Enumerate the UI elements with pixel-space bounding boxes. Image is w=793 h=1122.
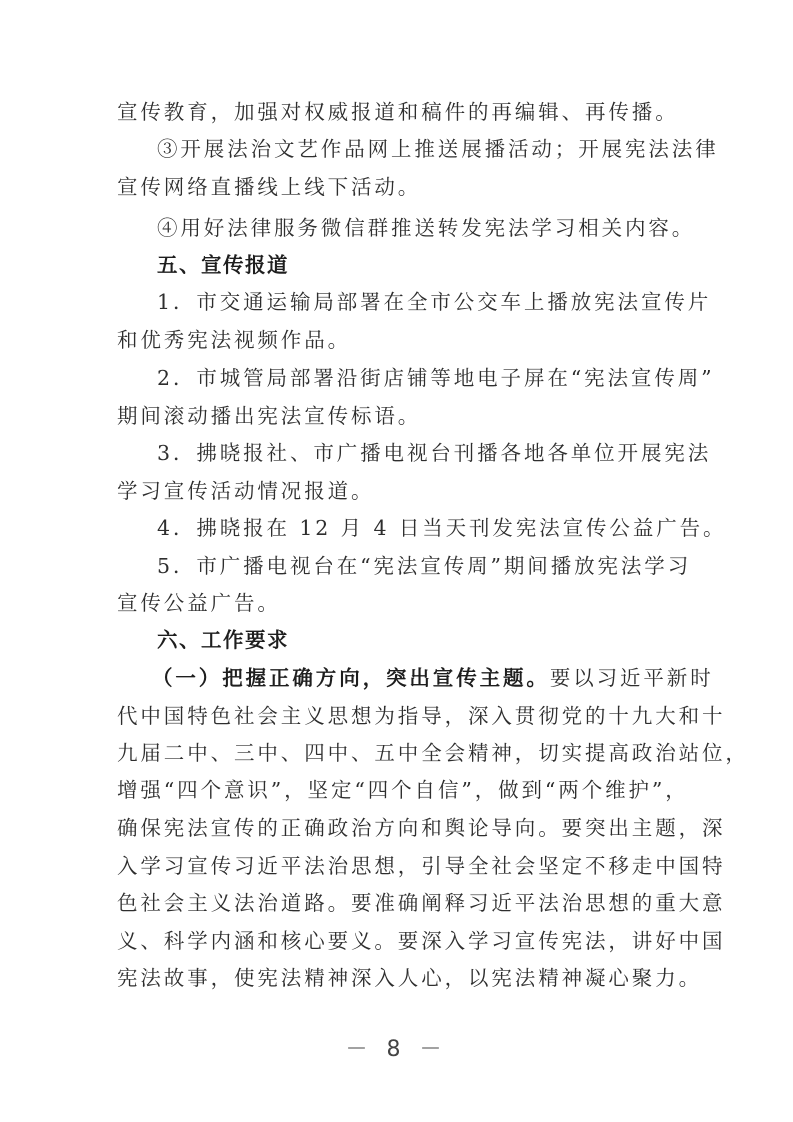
requirement-item-1-title: （一）把握正确方向，突出宣传主题。 [152,666,550,690]
body-line: 义、科学内涵和核心要义。要深入学习宣传宪法，讲好中国 [117,926,683,956]
body-line: 宪法故事，使宪法精神深入人心，以宪法精神凝心聚力。 [117,963,683,993]
body-line: 和优秀宪法视频作品。 [117,325,683,355]
list-item-4: ④用好法律服务微信群推送转发宪法学习相关内容。 [157,213,723,243]
body-line: 入学习宣传习近平法治思想，引导全社会坚定不移走中国特 [117,851,683,881]
report-item-2: 2．市城管局部署沿街店铺等地电子屏在“宪法宣传周” [157,363,723,393]
document-page: 宣传教育，加强对权威报道和稿件的再编辑、再传播。 ③开展法治文艺作品网上推送展播… [0,0,793,1122]
body-line: 期间滚动播出宪法宣传标语。 [117,401,683,431]
report-item-4: 4．拂晓报在 12 月 4 日当天刊发宪法宣传公益广告。 [157,513,723,543]
page-number: － 8 － [0,1032,793,1063]
report-item-3: 3．拂晓报社、市广播电视台刊播各地各单位开展宪法 [157,438,723,468]
body-line: 宣传网络直播线上线下活动。 [117,172,683,202]
list-item-3: ③开展法治文艺作品网上推送展播活动；开展宪法法律 [157,134,723,164]
section-heading-5: 五、宣传报道 [157,250,723,280]
section-heading-6: 六、工作要求 [157,625,723,655]
body-line: 代中国特色社会主义思想为指导，深入贯彻党的十九大和十 [117,701,683,731]
body-line: 确保宪法宣传的正确政治方向和舆论导向。要突出主题，深 [117,813,683,843]
body-line: 宣传教育，加强对权威报道和稿件的再编辑、再传播。 [117,97,683,127]
body-line: 九届二中、三中、四中、五中全会精神，切实提高政治站位， [117,738,683,768]
report-item-5: 5．市广播电视台在“宪法宣传周”期间播放宪法学习 [157,551,723,581]
requirement-item-1-text: 要以习近平新时 [550,666,714,690]
body-line: 宣传公益广告。 [117,588,683,618]
report-item-1: 1．市交通运输局部署在全市公交车上播放宪法宣传片 [157,287,723,317]
body-line: 学习宣传活动情况报道。 [117,476,683,506]
body-line: 增强“四个意识”，坚定“四个自信”，做到“两个维护”， [117,775,683,805]
requirement-item-1: （一）把握正确方向，突出宣传主题。要以习近平新时 [152,663,718,693]
body-line: 色社会主义法治道路。要准确阐释习近平法治思想的重大意 [117,888,683,918]
